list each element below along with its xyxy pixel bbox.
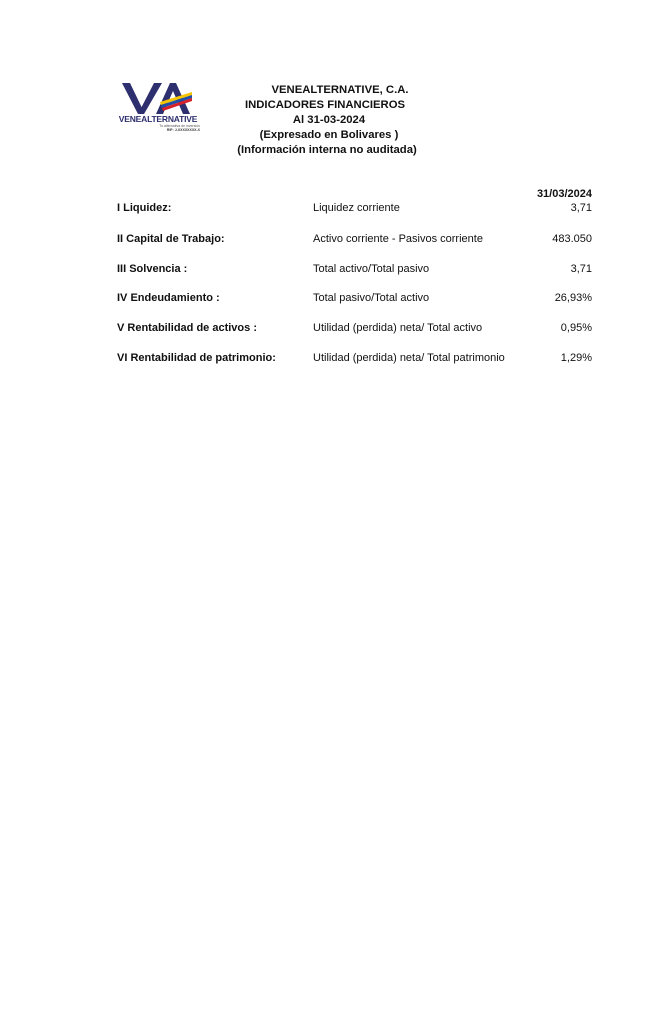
indicator-value: 1,29% bbox=[561, 352, 592, 364]
currency-note: (Expresado en Bolivares ) bbox=[222, 128, 432, 143]
column-header-date: 31/03/2024 bbox=[500, 188, 592, 200]
indicator-value: 483.050 bbox=[552, 233, 592, 245]
report-title: INDICADORES FINANCIEROS bbox=[222, 98, 432, 113]
company-logo: VENEALTERNATIVE Tu alternativa de invers… bbox=[116, 80, 200, 132]
indicator-value: 0,95% bbox=[561, 322, 592, 334]
report-date: Al 31-03-2024 bbox=[222, 113, 432, 128]
indicator-label: I Liquidez: bbox=[117, 202, 171, 214]
indicator-description: Total activo/Total pasivo bbox=[313, 263, 429, 275]
logo-rif: RIF: J-XXXXXXXX-X bbox=[146, 128, 200, 132]
indicator-row: V Rentabilidad de activos : Utilidad (pe… bbox=[117, 322, 592, 338]
indicator-row: IV Endeudamiento : Total pasivo/Total ac… bbox=[117, 292, 592, 308]
indicator-description: Activo corriente - Pasivos corriente bbox=[313, 233, 483, 245]
indicator-description: Utilidad (perdida) neta/ Total patrimoni… bbox=[313, 352, 505, 364]
logo-name: VENEALTERNATIVE bbox=[116, 114, 200, 124]
indicator-description: Utilidad (perdida) neta/ Total activo bbox=[313, 322, 482, 334]
indicator-description: Liquidez corriente bbox=[313, 202, 400, 214]
audit-note: (Información interna no auditada) bbox=[222, 143, 432, 158]
va-logo-icon bbox=[116, 80, 200, 116]
indicator-row: II Capital de Trabajo: Activo corriente … bbox=[117, 233, 592, 249]
indicator-label: V Rentabilidad de activos : bbox=[117, 322, 257, 334]
indicator-label: IV Endeudamiento : bbox=[117, 292, 220, 304]
indicator-value: 3,71 bbox=[571, 263, 592, 275]
indicator-label: III Solvencia : bbox=[117, 263, 187, 275]
indicator-label: II Capital de Trabajo: bbox=[117, 233, 225, 245]
indicator-label: VI Rentabilidad de patrimonio: bbox=[117, 352, 276, 364]
indicator-description: Total pasivo/Total activo bbox=[313, 292, 429, 304]
indicator-row: III Solvencia : Total activo/Total pasiv… bbox=[117, 263, 592, 279]
company-name: VENEALTERNATIVE, C.A. bbox=[222, 83, 432, 98]
indicator-value: 3,71 bbox=[571, 202, 592, 214]
indicator-value: 26,93% bbox=[555, 292, 592, 304]
indicator-row: VI Rentabilidad de patrimonio: Utilidad … bbox=[117, 352, 592, 368]
indicator-row: I Liquidez: Liquidez corriente 3,71 bbox=[117, 202, 592, 218]
report-header: VENEALTERNATIVE, C.A. INDICADORES FINANC… bbox=[222, 83, 432, 158]
